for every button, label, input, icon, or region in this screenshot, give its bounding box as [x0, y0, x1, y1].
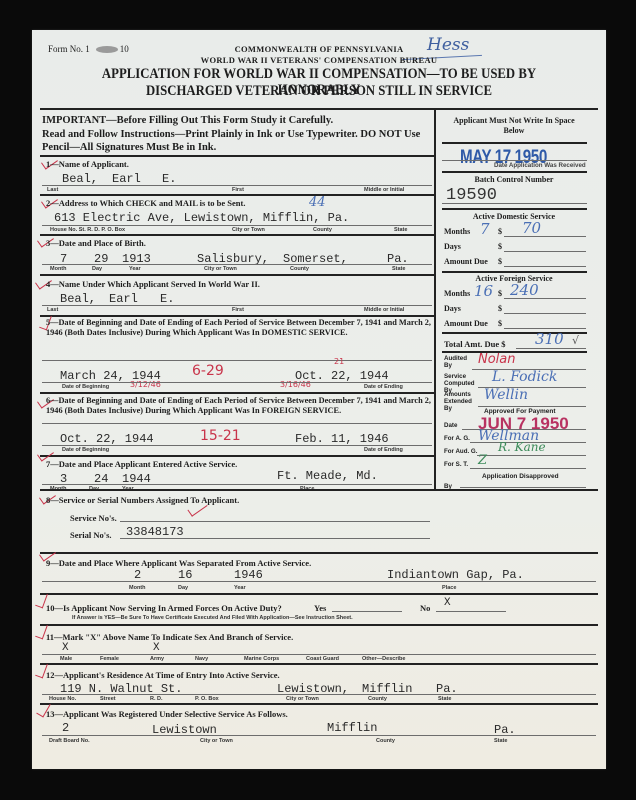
mark-army[interactable]: X	[153, 642, 160, 654]
divider	[40, 593, 598, 595]
field-line	[504, 266, 586, 267]
caption: Month	[50, 266, 67, 272]
application-form: Form No. 110 Hess COMMONWEALTH OF PENNSY…	[32, 30, 606, 769]
mark-male[interactable]: X	[62, 642, 69, 654]
dollar-sign: $	[498, 242, 502, 251]
divider	[40, 455, 434, 457]
option-army: Army	[150, 656, 164, 662]
foreign-months-value: 16	[474, 282, 493, 300]
caption: Middle or Initial	[364, 187, 404, 193]
field-line	[477, 455, 586, 456]
serial-number[interactable]: 33848173	[126, 525, 184, 539]
computed-by-signature: L. Fodick	[492, 369, 557, 385]
q4-label: 4—Name Under Which Applicant Served In W…	[46, 279, 260, 289]
q10-label: 10—Is Applicant Now Serving In Armed For…	[46, 603, 282, 613]
q6-label: 6—Date of Beginning and Date of Ending o…	[46, 396, 431, 416]
field-line	[478, 406, 586, 407]
q9-year[interactable]: 1946	[234, 568, 263, 582]
dollar-sign: $	[498, 319, 502, 328]
office-use-title: Applicant Must Not Write In Space Below	[444, 116, 584, 136]
caption: Year	[129, 266, 141, 272]
caption: Last	[47, 187, 58, 193]
field-line	[42, 654, 596, 655]
q3-label: 3—Date and Place of Birth.	[46, 238, 146, 248]
batch-label: Batch Control Number	[444, 175, 584, 185]
caption: House No.	[49, 696, 76, 702]
option-marine-corps: Marine Corps	[244, 656, 279, 662]
field-line	[42, 305, 432, 306]
divider	[40, 552, 598, 554]
q5-annotation-end-correction: 21	[334, 357, 344, 366]
important-note: IMPORTANT—Before Filling Out This Form S…	[42, 114, 427, 127]
caption: County	[376, 738, 395, 744]
caption: Day	[178, 585, 188, 591]
divider	[442, 271, 587, 273]
divider	[40, 234, 434, 236]
q13-draft-board[interactable]: 2	[62, 721, 69, 735]
option-male: Male	[60, 656, 72, 662]
q9-place[interactable]: Indiantown Gap, Pa.	[387, 568, 524, 582]
agency-line-1: COMMONWEALTH OF PENNSYLVANIA	[32, 44, 606, 54]
option-coast-guard: Coast Guard	[306, 656, 339, 662]
header-divider	[40, 108, 598, 110]
q11-label: 11—Mark "X" Above Name To Indicate Sex A…	[46, 632, 293, 642]
domestic-amount-label: Amount Due	[444, 257, 488, 266]
divider	[40, 315, 434, 317]
dollar-sign: $	[498, 304, 502, 313]
q5-annotation-period: 6-29	[192, 363, 224, 379]
instruction-text: Read and Follow Instructions—Print Plain…	[42, 128, 427, 154]
foreign-months-amount: 240	[510, 281, 539, 299]
audited-by-signature: Nolan	[478, 352, 516, 367]
field-line	[42, 445, 432, 446]
st-label: For S. T.	[444, 461, 468, 468]
caption: Last	[47, 307, 58, 313]
extended-by-signature: Wellin	[484, 387, 528, 403]
caption: State	[494, 738, 507, 744]
caption: County	[290, 266, 309, 272]
caption: Month	[129, 585, 146, 591]
caption: City or Town	[286, 696, 319, 702]
field-line	[42, 735, 596, 736]
caption: City or Town	[204, 266, 237, 272]
q5-date-end[interactable]: Oct. 22, 1944	[295, 369, 389, 383]
q13-county[interactable]: Mifflin	[327, 721, 377, 735]
dollar-sign: $	[498, 289, 502, 298]
field-line	[42, 423, 432, 424]
q7-label: 7—Date and Place Applicant Entered Activ…	[46, 459, 237, 469]
caption: Date of Beginning	[62, 384, 109, 390]
total-due-label: Total Amt. Due $	[444, 339, 506, 349]
field-line	[470, 468, 586, 469]
caption: Year	[234, 585, 246, 591]
caption: First	[232, 307, 244, 313]
dollar-sign: $	[498, 257, 502, 266]
foreign-months-label: Months	[444, 289, 470, 298]
q12-label: 12—Applicant's Residence At Time of Entr…	[46, 670, 280, 680]
field-line	[504, 328, 586, 329]
dollar-sign: $	[498, 227, 502, 236]
field-line	[460, 487, 586, 488]
caption: Middle or Initial	[364, 307, 404, 313]
caption: County	[368, 696, 387, 702]
q9-day[interactable]: 16	[178, 568, 192, 582]
field-line	[42, 382, 432, 383]
caption: City or Town	[232, 227, 265, 233]
q4-last-name[interactable]: Beal,	[60, 292, 96, 306]
q8-label: 8—Service or Serial Numbers Assigned To …	[46, 495, 239, 505]
domestic-title: Active Domestic Service	[444, 212, 584, 222]
caption: Date of Ending	[364, 447, 403, 453]
q4-middle-initial[interactable]: E.	[160, 292, 174, 306]
divider	[40, 392, 434, 394]
q2-annotation: 44	[309, 195, 326, 210]
audited-by-label: Audited By	[444, 355, 472, 369]
date-label: Date	[444, 422, 457, 429]
caption: State	[394, 227, 407, 233]
received-caption: Date Application Was Received	[494, 162, 586, 169]
divider	[40, 274, 434, 276]
field-line	[120, 538, 430, 539]
caption: State	[392, 266, 405, 272]
q1-first-name[interactable]: Earl	[112, 172, 141, 186]
field-line	[42, 225, 432, 226]
q10-note: If Answer is YES—Be Sure To Have Certifi…	[72, 615, 353, 621]
foreign-days-label: Days	[444, 304, 461, 313]
no-label: No	[420, 603, 430, 613]
serial-numbers-label: Serial No's.	[70, 530, 112, 540]
q2-label: 2—Address to Which CHECK and MAIL is to …	[46, 198, 245, 208]
domestic-months-amount: 70	[522, 219, 541, 237]
agency-line-2: WORLD WAR II VETERANS' COMPENSATION BURE…	[32, 55, 606, 65]
field-line	[42, 185, 432, 186]
disapproved-title: Application Disapproved	[482, 473, 559, 480]
q4-first-name[interactable]: Earl	[109, 292, 138, 306]
q13-label: 13—Applicant Was Registered Under Select…	[46, 709, 288, 719]
divider	[40, 489, 598, 491]
caption: House No. St. R. D. P. O. Box	[50, 227, 125, 233]
caption: First	[232, 187, 244, 193]
service-numbers-label: Service No's.	[70, 513, 117, 523]
extended-by-label: Amounts Extended By	[444, 391, 480, 412]
field-line	[42, 360, 432, 361]
field-line	[442, 203, 587, 204]
q6-date-begin[interactable]: Oct. 22, 1944	[60, 432, 154, 446]
total-due-mark: √	[572, 334, 579, 347]
q2-address[interactable]: 613 Electric Ave, Lewistown, Mifflin, Pa…	[54, 211, 349, 225]
foreign-amount-label: Amount Due	[444, 319, 488, 328]
total-due-value: 310	[535, 330, 564, 348]
aud-g-label: For Aud. G.	[444, 448, 477, 455]
divider	[442, 171, 587, 173]
caption: Street	[100, 696, 116, 702]
caption: R. D.	[150, 696, 163, 702]
aud-g-signature: R. Kane	[498, 440, 546, 454]
field-line	[504, 313, 586, 314]
q6-date-end[interactable]: Feb. 11, 1946	[295, 432, 389, 446]
q1-last-name[interactable]: Beal,	[62, 172, 98, 186]
ag-label: For A. G.	[444, 435, 470, 442]
caption: State	[438, 696, 451, 702]
caption: Date of Ending	[364, 384, 403, 390]
divider	[442, 332, 587, 334]
field-line	[42, 484, 432, 485]
divider	[40, 663, 598, 665]
st-signature: Z	[478, 453, 487, 468]
yes-field[interactable]	[332, 611, 402, 612]
service-numbers-field[interactable]	[120, 521, 430, 522]
field-line	[42, 264, 432, 265]
q9-month[interactable]: 2	[134, 568, 141, 582]
q5-label: 5—Date of Beginning and Date of Ending o…	[46, 318, 431, 338]
divider	[40, 703, 598, 705]
by-label: By	[444, 483, 452, 490]
field-line	[42, 694, 596, 695]
field-line	[42, 581, 596, 582]
caption: County	[313, 227, 332, 233]
q1-label: 1—Name of Applicant.	[46, 159, 129, 169]
domestic-months-label: Months	[444, 227, 470, 236]
field-line	[516, 348, 586, 349]
caption: P. O. Box	[195, 696, 219, 702]
divider	[40, 624, 598, 626]
form-title-line-2: DISCHARGED VETERAN OR PERSON STILL IN SE…	[66, 83, 571, 99]
divider	[40, 194, 434, 196]
field-line	[442, 160, 587, 161]
column-divider	[434, 108, 436, 489]
divider	[40, 155, 434, 157]
q1-middle-initial[interactable]: E.	[162, 172, 176, 186]
field-line	[436, 611, 506, 612]
no-value[interactable]: X	[444, 597, 451, 609]
caption: Draft Board No.	[49, 738, 90, 744]
q9-label: 9—Date and Place Where Applicant Was Sep…	[46, 558, 311, 568]
divider	[442, 142, 587, 144]
caption: City or Town	[200, 738, 233, 744]
domestic-days-label: Days	[444, 242, 461, 251]
option-navy: Navy	[195, 656, 208, 662]
domestic-months-value: 7	[480, 220, 490, 238]
caption: Day	[92, 266, 102, 272]
field-line	[504, 236, 586, 237]
field-line	[504, 298, 586, 299]
option-female: Female	[100, 656, 119, 662]
q7-place[interactable]: Ft. Meade, Md.	[277, 469, 378, 483]
q6-annotation-period: 15-21	[200, 428, 241, 444]
yes-label: Yes	[314, 603, 326, 613]
field-line	[504, 251, 586, 252]
caption: Place	[442, 585, 456, 591]
option-other: Other—Describe	[362, 656, 405, 662]
caption: Date of Beginning	[62, 447, 109, 453]
divider	[442, 208, 587, 210]
